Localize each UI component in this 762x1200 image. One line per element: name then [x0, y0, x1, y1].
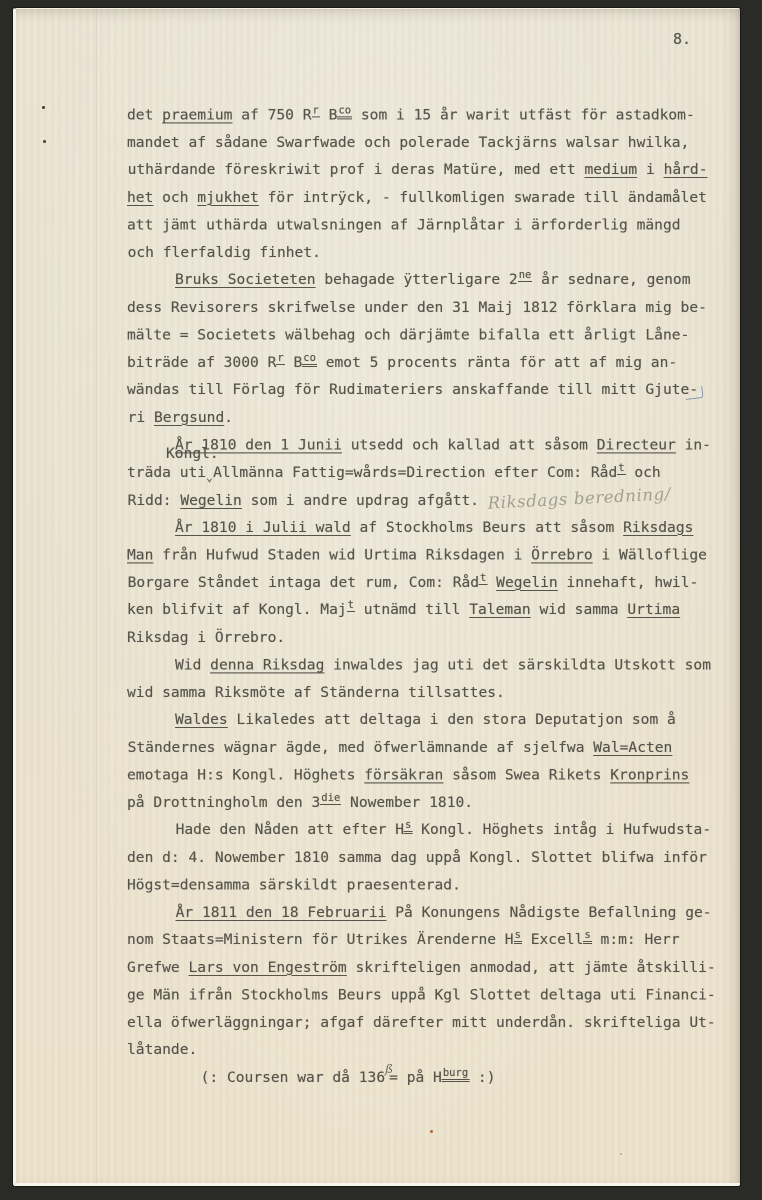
- text-segment: försäkran: [364, 766, 443, 783]
- inserted-word-above-line: Kongl.: [166, 445, 219, 462]
- ink-speck: [43, 140, 46, 143]
- text-segment: Nowember 1810.: [341, 794, 473, 811]
- text-segment: Wegelin: [496, 574, 558, 591]
- paper-speck: [620, 1153, 622, 1155]
- text-line: Wid denna Riksdag inwaldes jag uti det s…: [127, 651, 727, 679]
- text-line: wändas till Förlag för Rudimateriers ans…: [127, 376, 727, 404]
- text-segment: Högst=densamma särskildt praesenterad.: [127, 876, 461, 893]
- text-segment: Kronprins: [610, 766, 689, 783]
- text-segment: burg: [442, 1068, 469, 1082]
- text-segment: Ridd:: [128, 492, 181, 509]
- typewritten-text: det praemium af 750 Rr Bco som i 15 år w…: [127, 101, 727, 1091]
- text-segment: att jämt uthärda utwalsningen af Järnplå…: [127, 216, 681, 233]
- text-line: uthärdande föreskriwit prof i deras Matü…: [128, 156, 728, 184]
- text-line: År 1811 den 18 Februarii På Konungens Nå…: [128, 899, 728, 927]
- text-line: Riksdag i Örrebro.: [127, 624, 727, 652]
- text-line: ri Bergsund.: [128, 404, 728, 432]
- text-line: ella öfwerläggningar; afgaf därefter mit…: [127, 1009, 727, 1037]
- text-segment: Waldes: [175, 711, 228, 728]
- text-segment: co: [337, 105, 352, 119]
- text-line: och flerfaldig finhet.: [128, 239, 728, 267]
- text-segment: och: [626, 464, 661, 481]
- text-segment: mälte = Societets wälbehag och därjämte …: [127, 326, 689, 343]
- text-segment: utsedd och kallad att såsom: [342, 436, 597, 453]
- text-segment: emotaga H:s Kongl. Höghets: [127, 766, 364, 783]
- text-segment: som i 15 år warit utfäst för astadkom-: [352, 106, 695, 123]
- text-segment: mandet af sådane Swarfwade och polerade …: [127, 134, 689, 151]
- blue-pen-corner-tick-icon: [684, 386, 703, 400]
- text-segment: Lars von Engeström: [189, 959, 347, 976]
- text-line: Grefwe Lars von Engeström skrifteligen a…: [127, 954, 727, 982]
- text-segment: Grefwe: [127, 959, 189, 976]
- text-segment: dess Revisorers skrifwelse under den 31 …: [127, 299, 707, 316]
- text-line: nom Staats=Ministern för Utrikes Ärender…: [127, 926, 727, 954]
- text-segment: på Drottningholm den 3: [127, 794, 320, 811]
- text-segment: :): [469, 1069, 495, 1086]
- text-segment: t: [617, 463, 625, 475]
- text-segment: inwaldes jag uti det särskildta Utskott …: [324, 656, 711, 673]
- text-segment: i Wälloflige: [593, 546, 707, 563]
- text-segment: wändas till Förlag för Rudimateriers ans…: [127, 381, 698, 398]
- text-segment: Ständernes wägnar ägde, med öfwerlämnand…: [128, 739, 594, 756]
- text-segment: utnämd till: [355, 601, 469, 618]
- text-segment: ken blifvit af Kongl. Maj: [127, 601, 347, 618]
- text-segment: af Stockholms Beurs att såsom: [351, 519, 623, 536]
- text-line: på Drottningholm den 3die Nowember 1810.: [127, 789, 727, 817]
- text-segment: ge Män ifrån Stockholms Beurs uppå Kgl S…: [127, 986, 716, 1003]
- paper-sheet: 8. det praemium af 750 Rr Bco som i 15 å…: [13, 8, 740, 1186]
- text-segment: det: [127, 106, 162, 123]
- text-segment: för intrÿck, - fullkomligen swarade till…: [259, 189, 707, 206]
- text-line: het och mjukhet för intrÿck, - fullkomli…: [127, 184, 727, 212]
- text-segment: Wal=Acten: [593, 739, 672, 756]
- text-line: Högst=densamma särskildt praesenterad.: [127, 871, 727, 899]
- text-segment: hård-: [664, 161, 708, 178]
- text-segment: s: [404, 820, 412, 834]
- text-segment: såsom Swea Rikets: [443, 766, 610, 783]
- text-segment: Likaledes att deltaga i den stora Deputa…: [228, 711, 676, 728]
- text-segment: r: [312, 105, 320, 117]
- text-line: biträde af 3000 Rr Bco emot 5 procents r…: [127, 349, 727, 377]
- text-segment: Bruks Societeten: [175, 271, 316, 288]
- text-segment: På Konungens Nådigste Befallning ge-: [386, 904, 711, 921]
- text-segment: uthärdande föreskriwit prof i deras Matü…: [128, 161, 585, 178]
- text-segment: Wid: [175, 656, 210, 673]
- text-line: låtande.: [127, 1036, 727, 1064]
- text-segment: medium: [584, 161, 637, 178]
- text-segment: ella öfwerläggningar; afgaf därefter mit…: [127, 1014, 716, 1031]
- text-segment: Riksdag i Örrebro.: [127, 629, 285, 646]
- text-segment: het: [127, 189, 153, 206]
- text-segment: den d: 4. Nowember 1810 samma dag uppå K…: [127, 849, 707, 866]
- text-segment: = på H: [389, 1069, 442, 1086]
- text-segment: Kongl. Höghets intåg i Hufwudsta-: [412, 821, 711, 838]
- text-segment: från Hufwud Staden wid Urtima Riksdagen …: [153, 546, 531, 563]
- text-line: det praemium af 750 Rr Bco som i 15 år w…: [127, 101, 727, 128]
- text-segment: nom Staats=Ministern för Utrikes Ärender…: [127, 931, 514, 948]
- text-segment: m:m: Herr: [592, 931, 680, 948]
- text-line: att jämt uthärda utwalsningen af Järnplå…: [127, 211, 727, 239]
- text-line: den d: 4. Nowember 1810 samma dag uppå K…: [127, 844, 727, 872]
- text-segment: Urtima: [627, 601, 680, 618]
- text-line: mälte = Societets wälbehag och därjämte …: [127, 321, 727, 349]
- text-line: mandet af sådane Swarfwade och polerade …: [127, 129, 727, 157]
- text-segment: co: [302, 353, 317, 367]
- text-segment: biträde af 3000 R: [127, 354, 276, 371]
- text-segment: denna Riksdag: [210, 656, 324, 673]
- paper-fold-line: [96, 9, 97, 1183]
- text-segment: träda uti: [127, 464, 206, 481]
- text-segment: låtande.: [127, 1041, 197, 1058]
- text-line: wid samma Riksmöte af Ständerna tillsatt…: [127, 679, 727, 707]
- text-segment: och: [153, 189, 197, 206]
- text-segment: s: [583, 930, 591, 944]
- text-line: Ständernes wägnar ägde, med öfwerlämnand…: [128, 734, 728, 762]
- text-segment: B: [320, 106, 338, 123]
- text-segment: B: [285, 354, 303, 371]
- text-segment: Riksdags: [623, 519, 693, 536]
- text-segment: ri: [128, 409, 154, 426]
- text-line: År 1810 i Julii wald af Stockholms Beurs…: [127, 514, 727, 542]
- text-segment: wid samma Riksmöte af Ständerna tillsatt…: [127, 684, 505, 701]
- text-segment: .: [224, 409, 233, 426]
- text-line: Man från Hufwud Staden wid Urtima Riksda…: [127, 541, 727, 569]
- text-segment: die: [320, 793, 341, 805]
- text-segment: Man: [127, 546, 153, 563]
- text-segment: Excell: [522, 931, 584, 948]
- handwritten-superscript: ß: [385, 1056, 393, 1084]
- text-segment: skrifteligen anmodad, att jämte åtskilli…: [347, 959, 716, 976]
- text-segment: emot 5 procents ränta för att af mig an-: [317, 354, 677, 371]
- page-number: 8.: [673, 30, 691, 48]
- text-line: Borgare Ståndet intaga det rum, Com: Råd…: [128, 569, 728, 597]
- text-line: Ridd: Wegelin som i andre updrag afgått.…: [128, 486, 728, 514]
- ink-speck: [42, 106, 45, 109]
- text-segment: Wegelin: [180, 492, 242, 509]
- text-segment: s: [514, 930, 522, 944]
- text-segment: r: [276, 353, 284, 365]
- text-line: Waldes Likaledes att deltaga i den stora…: [127, 706, 727, 734]
- text-segment: Allmänna Fattig=wårds=Direction efter Co…: [213, 464, 617, 481]
- text-segment: innehaft, hwil-: [558, 574, 699, 591]
- text-line: emotaga H:s Kongl. Höghets försäkran sås…: [127, 761, 727, 789]
- text-segment: Hade den Nåden att efter H: [176, 821, 404, 838]
- text-segment: wid samma: [531, 601, 628, 618]
- text-segment: t: [479, 573, 487, 585]
- text-line: dess Revisorers skrifwelse under den 31 …: [127, 294, 727, 322]
- text-line: Bruks Societeten behagade ÿtterligare 2n…: [127, 266, 727, 294]
- text-line: ge Män ifrån Stockholms Beurs uppå Kgl S…: [127, 981, 727, 1009]
- text-segment: mjukhet: [197, 189, 259, 206]
- handwritten-note: Riksdags beredning/: [487, 480, 672, 517]
- text-segment: år sednare, genom: [532, 271, 690, 288]
- text-line: (: Coursen war då 136ß= på Hburg :): [128, 1064, 728, 1092]
- text-segment: År 1810 i Julii wald: [175, 519, 351, 536]
- text-segment: in-: [676, 436, 711, 453]
- text-segment: t: [347, 600, 355, 612]
- text-segment: Taleman: [469, 601, 531, 618]
- text-segment: (: Coursen war då 136: [201, 1069, 386, 1086]
- text-segment: i: [637, 161, 663, 178]
- text-segment: År 1811 den 18 Februarii: [176, 904, 387, 921]
- text-segment: Borgare Ståndet intaga det rum, Com: Råd: [128, 574, 479, 591]
- text-segment: ne: [518, 270, 533, 282]
- rust-speck: [430, 1130, 433, 1133]
- text-segment: praemium: [162, 106, 232, 123]
- text-segment: Directeur: [597, 436, 676, 453]
- text-segment: behagade ÿtterligare 2: [316, 271, 518, 288]
- text-line: Hade den Nåden att efter Hs Kongl. Höghe…: [128, 816, 728, 844]
- scanned-document-photo: { "page": { "number": "8." }, "colors": …: [0, 0, 762, 1200]
- text-line: ken blifvit af Kongl. Majt utnämd till T…: [127, 596, 727, 624]
- text-segment: Bergsund: [154, 409, 224, 426]
- text-segment: af 750 R: [232, 106, 311, 123]
- text-segment: som i andre updrag afgått.: [242, 492, 488, 509]
- text-segment: [487, 574, 496, 591]
- text-segment: Örrebro: [531, 546, 593, 563]
- text-segment: och flerfaldig finhet.: [128, 244, 321, 261]
